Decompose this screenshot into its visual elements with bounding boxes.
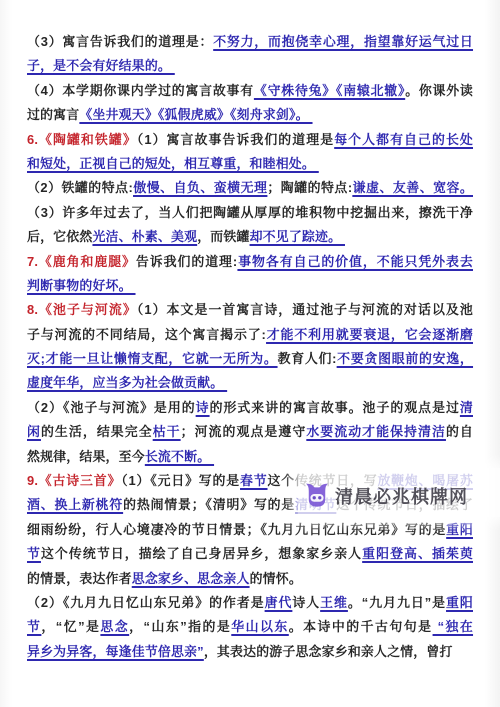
text-line: 虚度年华，应当多为社会做贡献。 xyxy=(27,371,473,395)
text-line: 7.《鹿角和鹿腿》告诉我们的道理:事物各有自己的价值，不能只凭外表去 xyxy=(27,250,473,274)
highlight-segment: 光洁、朴素、美观 xyxy=(92,229,197,244)
text-segment: 的生活，结果完全 xyxy=(41,424,153,439)
highlight-segment: 枯干 xyxy=(153,424,181,439)
text-segment: 教育人们: xyxy=(278,351,337,366)
highlight-segment: 虚度年华，应当多为社会做贡献。 xyxy=(27,375,227,390)
highlight-segment: 每个人都有自己的长处 xyxy=(334,132,473,147)
text-segment: ，其表达的游子思念家乡和亲人之情，曾打 xyxy=(204,644,453,659)
highlight-segment: 重阳登高、插茱萸 xyxy=(362,546,473,561)
highlight-segment: 诗 xyxy=(196,400,210,415)
text-line: 8.《池子与河流》（1）本文是一首寓言诗，通过池子与河流的对话以及池 xyxy=(27,298,473,322)
text-line: 和短处，正视自己的短处，相互尊重，和睦相处。 xyxy=(27,152,473,176)
text-segment: （3）许多年过去了，当人们把陶罐从厚厚的堆积物中挖掘出来，擦洗干净 xyxy=(27,205,473,220)
text-segment: 过的寓言 xyxy=(27,107,79,122)
highlight-segment: 却不见了踪迹。 xyxy=(250,229,345,244)
text-line: 判断事物的好坏。 xyxy=(27,274,473,298)
highlight-segment: 判断事物的好坏。 xyxy=(27,278,136,293)
text-segment: ；陶罐的特点: xyxy=(267,180,352,195)
highlight-segment: 唐代 xyxy=(265,595,293,610)
highlight-segment: 才能不利用就要衰退，它会逐渐磨 xyxy=(266,327,473,342)
highlight-segment: 和短处，正视自己的短处，相互尊重，和睦相处。 xyxy=(27,156,319,171)
document-body: （3）寓言告诉我们的道理是：不努力，而抱侥幸心理，指望靠好运气过日子，是不会有好… xyxy=(27,30,473,664)
highlight-segment: 节 xyxy=(27,546,41,561)
text-segment: ，“山东”指的是 xyxy=(129,619,231,634)
text-segment: 的自 xyxy=(446,424,473,439)
highlight-segment: 清 xyxy=(460,400,473,415)
text-segment: （2）铁罐的特点: xyxy=(27,180,133,195)
highlight-segment: 不要贪图眼前的安逸， xyxy=(337,351,473,366)
text-line: （3）寓言告诉我们的道理是：不努力，而抱侥幸心理，指望靠好运气过日 xyxy=(27,30,473,54)
highlight-segment: 长流不断。 xyxy=(145,449,214,464)
heading-segment: 8.《池子与河流》 xyxy=(27,302,137,317)
highlight-segment: 重阳 xyxy=(446,522,473,537)
text-segment: ，而铁罐 xyxy=(197,229,249,244)
text-segment: 的形式来讲的寓言故事。池子的观点是过 xyxy=(210,400,460,415)
text-segment: （1）《元日》写的是 xyxy=(121,473,240,488)
text-segment: 细雨纷纷，行人心境凄冷的节日情景；《九月九日忆山东兄弟》写的是 xyxy=(27,522,446,537)
text-line: 过的寓言《坐井观天》《狐假虎威》《刻舟求剑》。 xyxy=(27,103,473,127)
text-line: 异乡为异客，每逢佳节倍思亲”，其表达的游子思念家乡和亲人之情，曾打 xyxy=(27,640,473,664)
text-segment: （2）《池子与河流》是用的 xyxy=(27,400,196,415)
highlight-segment: 放鞭炮、喝屠苏 xyxy=(377,473,473,488)
text-line: 子与河流的不同结局，这个寓言揭示了:才能不利用就要衰退，它会逐渐磨 xyxy=(27,323,473,347)
text-segment: 这个传统节日，描绘了自己身居异乡，想象家乡亲人 xyxy=(41,546,362,561)
text-line: 酒、换上新桃符的热闹情景；《清明》写的是清明节这个传统节日，描绘了 xyxy=(27,493,473,517)
text-line: 闲的生活，结果完全枯干；河流的观点是遵守水要流动才能保持清洁的自 xyxy=(27,420,473,444)
text-line: （3）许多年过去了，当人们把陶罐从厚厚的堆积物中挖掘出来，擦洗干净 xyxy=(27,201,473,225)
highlight-segment: 子，是不会有好结果的。 xyxy=(27,58,175,73)
highlight-segment: 谦虚、友善、宽容。 xyxy=(352,180,473,195)
text-segment: 的情景，表达作者 xyxy=(27,571,132,586)
text-line: 细雨纷纷，行人心境凄冷的节日情景；《九月九日忆山东兄弟》写的是重阳 xyxy=(27,518,473,542)
text-segment: ；河流的观点是遵守 xyxy=(181,424,307,439)
text-segment: 的情怀。 xyxy=(250,571,302,586)
text-segment: 这个传统节日，写 xyxy=(268,473,378,488)
text-line: 节这个传统节日，描绘了自己身居异乡，想象家乡亲人重阳登高、插茱萸 xyxy=(27,542,473,566)
text-segment: 。本诗中的千古句句是 xyxy=(289,619,433,634)
text-segment: 然规律，结果，至今 xyxy=(27,449,145,464)
highlight-segment: 异乡为异客，每逢佳节倍思亲” xyxy=(27,644,204,659)
highlight-segment: 王维 xyxy=(320,595,348,610)
highlight-segment: 不努力，而抱侥幸心理，指望靠好运气过日 xyxy=(213,34,473,49)
text-line: 6.《陶罐和铁罐》（1）寓言故事告诉我们的道理是每个人都有自己的长处 xyxy=(27,128,473,152)
highlight-segment: 酒、换上新桃符 xyxy=(27,497,123,512)
text-segment: （1）寓言故事告诉我们的道理是 xyxy=(137,132,334,147)
text-segment: 诗人 xyxy=(292,595,320,610)
document-page: （3）寓言告诉我们的道理是：不努力，而抱侥幸心理，指望靠好运气过日子，是不会有好… xyxy=(0,0,500,707)
text-segment: 的热闹情景；《清明》写的是 xyxy=(123,497,295,512)
text-segment: 后，它依然 xyxy=(27,229,92,244)
text-segment: ，“忆”是 xyxy=(41,619,100,634)
text-segment: 这个传统节日，描绘了 xyxy=(336,497,473,512)
text-segment: 。“九月九日”是 xyxy=(348,595,446,610)
text-segment: （1）本文是一首寓言诗，通过池子与河流的对话以及池 xyxy=(137,302,473,317)
text-line: 节，“忆”是思念，“山东”指的是华山以东。本诗中的千古句句是 “独在 xyxy=(27,615,473,639)
highlight-segment: 思念 xyxy=(100,619,129,634)
highlight-segment: 事物各有自己的价值，不能只凭外表去 xyxy=(237,254,473,269)
highlight-segment: 《守株待兔》《南辕北辙》 xyxy=(254,83,405,98)
text-line: （2）《九月九日忆山东兄弟》的作者是唐代诗人王维。“九月九日”是重阳 xyxy=(27,591,473,615)
heading-segment: 9.《古诗三首》 xyxy=(27,473,121,488)
text-line: （2）铁罐的特点:傲慢、自负、蛮横无理；陶罐的特点:谦虚、友善、宽容。 xyxy=(27,176,473,200)
highlight-segment: 节 xyxy=(27,619,41,634)
text-line: 灭;才能一旦让懒惰支配，它就一无所为。教育人们:不要贪图眼前的安逸， xyxy=(27,347,473,371)
highlight-segment: 《坐井观天》《狐假虎威》《刻舟求剑》。 xyxy=(79,107,312,122)
text-segment: （3）寓言告诉我们的道理是： xyxy=(27,34,213,49)
heading-segment: 6.《陶罐和铁罐》 xyxy=(27,132,137,147)
text-line: 后，它依然光洁、朴素、美观，而铁罐却不见了踪迹。 xyxy=(27,225,473,249)
text-segment: 子与河流的不同结局，这个寓言揭示了: xyxy=(27,327,266,342)
highlight-segment: 华山以东 xyxy=(231,619,289,634)
highlight-segment: 水要流动才能保持清洁 xyxy=(306,424,446,439)
text-line: 然规律，结果，至今长流不断。 xyxy=(27,445,473,469)
text-line: 9.《古诗三首》（1）《元日》写的是春节这个传统节日，写放鞭炮、喝屠苏 xyxy=(27,469,473,493)
highlight-segment: 重阳 xyxy=(446,595,473,610)
text-line: （2）《池子与河流》是用的诗的形式来讲的寓言故事。池子的观点是过清 xyxy=(27,396,473,420)
text-segment: 。你课外读 xyxy=(405,83,473,98)
heading-segment: 7.《鹿角和鹿腿》 xyxy=(27,254,136,269)
highlight-segment: 傲慢、自负、蛮横无理 xyxy=(133,180,267,195)
text-line: （4）本学期你课内学过的寓言故事有《守株待兔》《南辕北辙》。你课外读 xyxy=(27,79,473,103)
text-line: 子，是不会有好结果的。 xyxy=(27,54,473,78)
text-line: 的情景，表达作者思念家乡、思念亲人的情怀。 xyxy=(27,567,473,591)
highlight-segment: 思念家乡、思念亲人 xyxy=(132,571,250,586)
highlight-segment: 灭;才能一旦让懒惰支配，它就一无所为。 xyxy=(27,351,278,366)
highlight-segment: “独在 xyxy=(433,619,473,634)
text-segment: （4）本学期你课内学过的寓言故事有 xyxy=(27,83,254,98)
text-segment: 告诉我们的道理: xyxy=(136,254,238,269)
highlight-segment: 闲 xyxy=(27,424,41,439)
highlight-segment: 春节 xyxy=(240,473,267,488)
text-segment: （2）《九月九日忆山东兄弟》的作者是 xyxy=(27,595,265,610)
highlight-segment: 清明节 xyxy=(295,497,336,512)
